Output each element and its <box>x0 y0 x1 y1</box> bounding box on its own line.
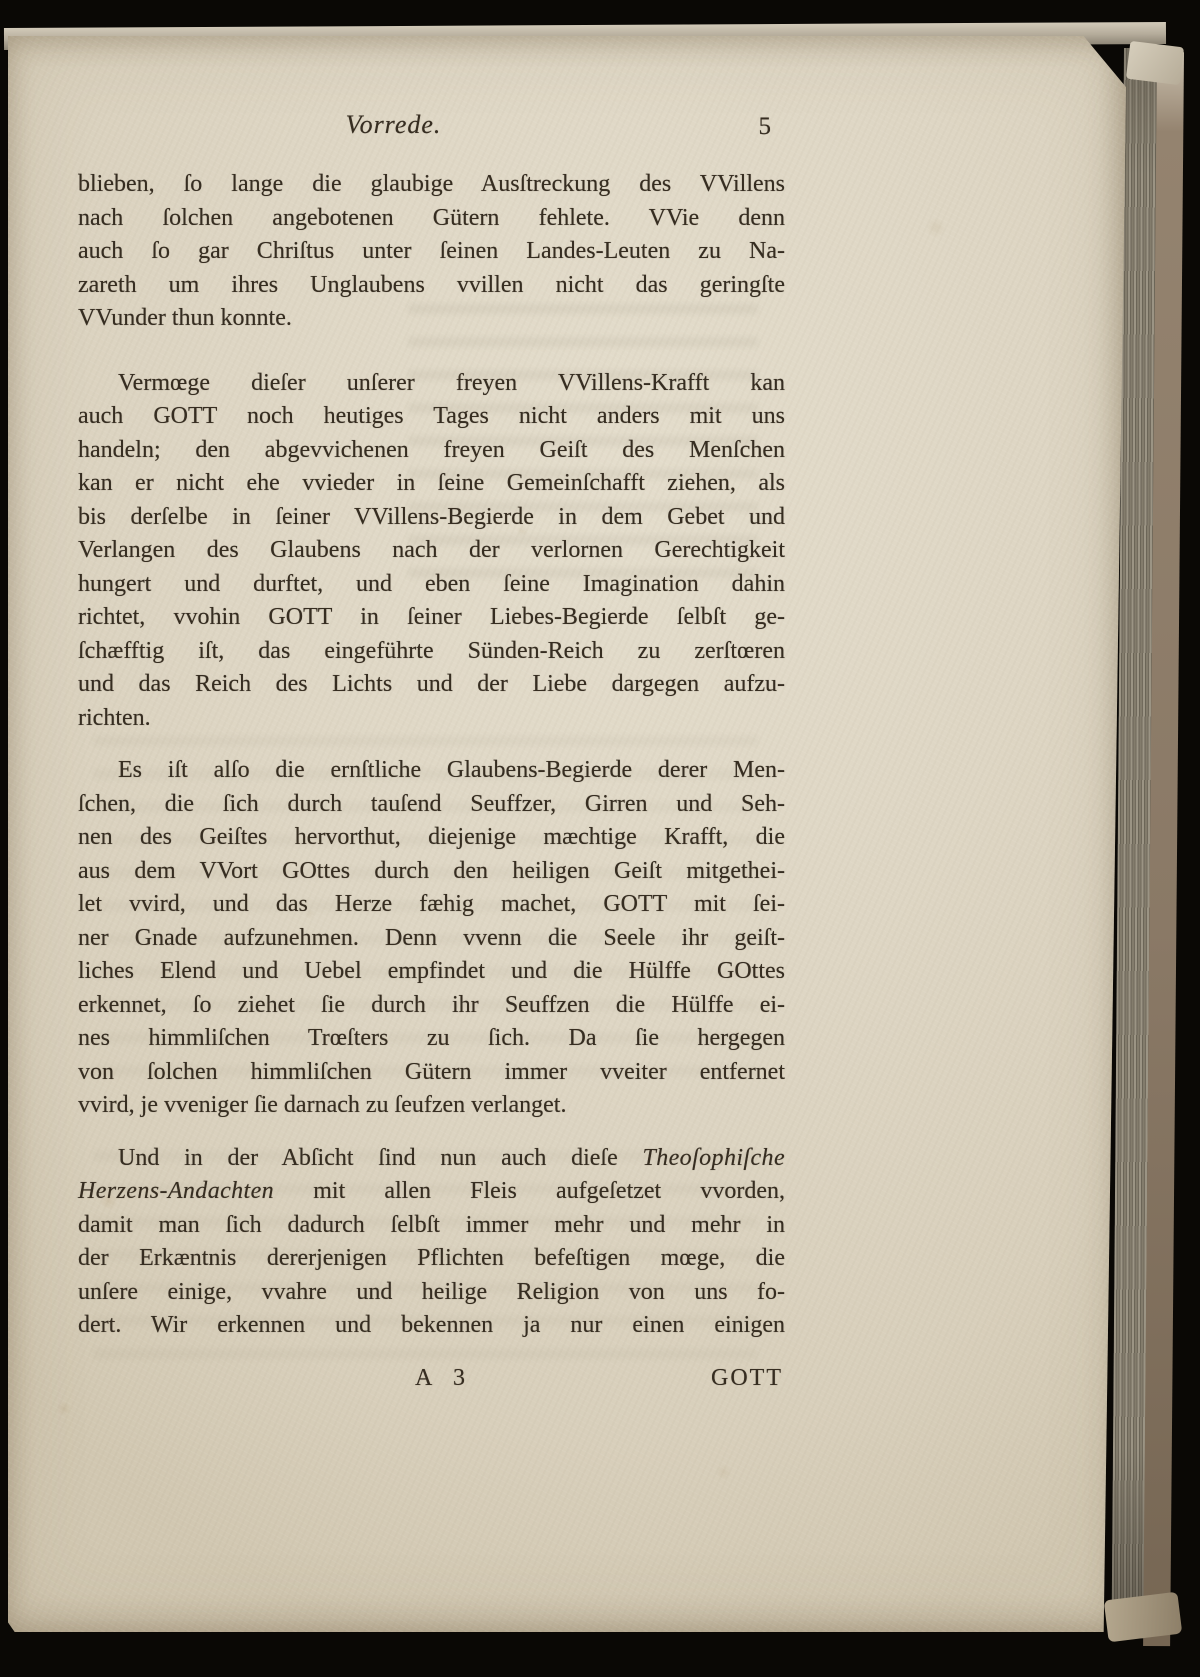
text-run: der Erkæntnis dererjenigen Pflichten bef… <box>78 1245 785 1271</box>
text-line: hungert und durftet, und eben ſeine Imag… <box>78 568 785 602</box>
text-block: Vorrede. 5 blieben, ſo lange die glaubig… <box>78 108 785 1396</box>
text-line: ner Gnade aufzunehmen. Denn vvenn die Se… <box>78 922 785 956</box>
text-line: aus dem VVort GOttes durch den heiligen … <box>78 855 785 889</box>
text-line: nes himmliſchen Trœſters zu ſich. Da ſie… <box>78 1022 785 1056</box>
text-line: bis derſelbe in ſeiner VVillens-Begierde… <box>78 501 785 535</box>
text-run: handeln; den abgevvichenen freyen Geiſt … <box>78 437 785 463</box>
text-run: auch ſo gar Chriſtus unter ſeinen Landes… <box>78 238 785 264</box>
text-run: blieben, ſo lange die glaubige Ausſtreck… <box>78 171 785 197</box>
text-run: liches Elend und Uebel empfindet und die… <box>78 958 785 984</box>
text-line: nach ſolchen angebotenen Gütern fehlete.… <box>78 202 785 236</box>
text-run: ſchen, die ſich durch tauſend Seuffzer, … <box>78 791 785 817</box>
paragraph-3: Es iſt alſo die ernſtliche Glaubens-Begi… <box>78 754 785 1123</box>
text-line: Es iſt alſo die ernſtliche Glaubens-Begi… <box>78 754 785 788</box>
text-line: Verlangen des Glaubens nach der verlorne… <box>78 534 785 568</box>
text-line: Vermœge dieſer unſerer freyen VVillens-K… <box>78 367 785 401</box>
italic-text-run: Theoſophiſche <box>642 1145 785 1171</box>
text-run: ſchæfftig iſt, das eingeführte Sünden-Re… <box>78 638 785 664</box>
text-run: hungert und durftet, und eben ſeine Imag… <box>78 571 785 597</box>
text-run: erkennet, ſo ziehet ſie durch ihr Seuffz… <box>78 992 785 1018</box>
text-line: liches Elend und Uebel empfindet und die… <box>78 955 785 989</box>
text-line: zareth um ihres Unglaubens vvillen nicht… <box>78 269 785 303</box>
paragraphs: blieben, ſo lange die glaubige Ausſtreck… <box>78 168 785 1343</box>
text-run: richtet, vvohin GOTT in ſeiner Liebes-Be… <box>78 604 785 630</box>
paragraph-2: Vermœge dieſer unſerer freyen VVillens-K… <box>78 367 785 736</box>
text-run: Es iſt alſo die ernſtliche Glaubens-Begi… <box>118 757 785 783</box>
book-headband <box>1126 41 1184 85</box>
book-page: Vorrede. 5 blieben, ſo lange die glaubig… <box>8 36 1126 1632</box>
text-run: bis derſelbe in ſeiner VVillens-Begierde… <box>78 504 785 530</box>
text-line: blieben, ſo lange die glaubige Ausſtreck… <box>78 168 785 202</box>
text-line: let vvird, und das Herze fæhig machet, G… <box>78 888 785 922</box>
text-run: aus dem VVort GOttes durch den heiligen … <box>78 858 785 884</box>
text-line: kan er nicht ehe vvieder in ſeine Gemein… <box>78 467 785 501</box>
text-run: zareth um ihres Unglaubens vvillen nicht… <box>78 272 785 298</box>
text-run: nen des Geiſtes hervorthut, diejenige mæ… <box>78 824 785 850</box>
page-number: 5 <box>759 110 772 144</box>
paragraph-4: Und in der Abſicht ſind nun auch dieſe T… <box>78 1142 785 1343</box>
signature-mark: A 3 <box>415 1362 466 1396</box>
text-run: auch GOTT noch heutiges Tages nicht ande… <box>78 403 785 429</box>
text-run: damit man ſich dadurch ſelbſt immer mehr… <box>78 1212 785 1238</box>
text-line: ſchæfftig iſt, das eingeführte Sünden-Re… <box>78 635 785 669</box>
text-line: erkennet, ſo ziehet ſie durch ihr Seuffz… <box>78 989 785 1023</box>
text-run: nes himmliſchen Trœſters zu ſich. Da ſie… <box>78 1025 785 1051</box>
text-run: kan er nicht ehe vvieder in ſeine Gemein… <box>78 470 785 496</box>
text-line: richtet, vvohin GOTT in ſeiner Liebes-Be… <box>78 601 785 635</box>
text-line: der Erkæntnis dererjenigen Pflichten bef… <box>78 1242 785 1276</box>
text-run: richten. <box>78 705 151 731</box>
text-run: nach ſolchen angebotenen Gütern fehlete.… <box>78 205 785 231</box>
text-line: richten. <box>78 702 785 736</box>
text-run: vvird, je vveniger ſie darnach zu ſeufze… <box>78 1092 566 1118</box>
text-run: Vermœge dieſer unſerer freyen VVillens-K… <box>118 370 785 396</box>
text-line: Herzens-Andachten mit allen Fleis aufgeſ… <box>78 1175 785 1209</box>
text-run: unſere einige, vvahre und heilige Religi… <box>78 1279 785 1305</box>
italic-text-run: Herzens-Andachten <box>78 1178 274 1204</box>
text-line: vvird, je vveniger ſie darnach zu ſeufze… <box>78 1089 785 1123</box>
text-run: VVunder thun konnte. <box>78 305 292 331</box>
page-title: Vorrede. <box>40 108 747 142</box>
text-run: dert. Wir erkennen und bekennen ja nur e… <box>78 1312 785 1338</box>
cover-corner <box>1104 1592 1183 1643</box>
text-run: und das Reich des Lichts und der Liebe d… <box>78 671 785 697</box>
text-line: und das Reich des Lichts und der Liebe d… <box>78 668 785 702</box>
text-line: dert. Wir erkennen und bekennen ja nur e… <box>78 1309 785 1343</box>
text-run: let vvird, und das Herze fæhig machet, G… <box>78 891 785 917</box>
text-line: VVunder thun konnte. <box>78 302 785 336</box>
text-line: nen des Geiſtes hervorthut, diejenige mæ… <box>78 821 785 855</box>
text-line: unſere einige, vvahre und heilige Religi… <box>78 1276 785 1310</box>
text-line: von ſolchen himmliſchen Gütern immer vve… <box>78 1056 785 1090</box>
text-run: Und in der Abſicht ſind nun auch dieſe <box>118 1145 642 1171</box>
text-run: ner Gnade aufzunehmen. Denn vvenn die Se… <box>78 925 785 951</box>
page-header: Vorrede. 5 <box>78 108 785 142</box>
text-line: ſchen, die ſich durch tauſend Seuffzer, … <box>78 788 785 822</box>
text-line: damit man ſich dadurch ſelbſt immer mehr… <box>78 1209 785 1243</box>
text-run: mit allen Fleis aufgeſetzet vvorden, <box>274 1178 785 1204</box>
text-run: von ſolchen himmliſchen Gütern immer vve… <box>78 1059 785 1085</box>
text-line: auch ſo gar Chriſtus unter ſeinen Landes… <box>78 235 785 269</box>
text-line: auch GOTT noch heutiges Tages nicht ande… <box>78 400 785 434</box>
text-line: handeln; den abgevvichenen freyen Geiſt … <box>78 434 785 468</box>
text-run: Verlangen des Glaubens nach der verlorne… <box>78 537 785 563</box>
text-line: Und in der Abſicht ſind nun auch dieſe T… <box>78 1142 785 1176</box>
catchword: GOTT <box>711 1362 783 1396</box>
paragraph-1: blieben, ſo lange die glaubige Ausſtreck… <box>78 168 785 336</box>
page-footer: A 3 GOTT <box>78 1362 785 1396</box>
